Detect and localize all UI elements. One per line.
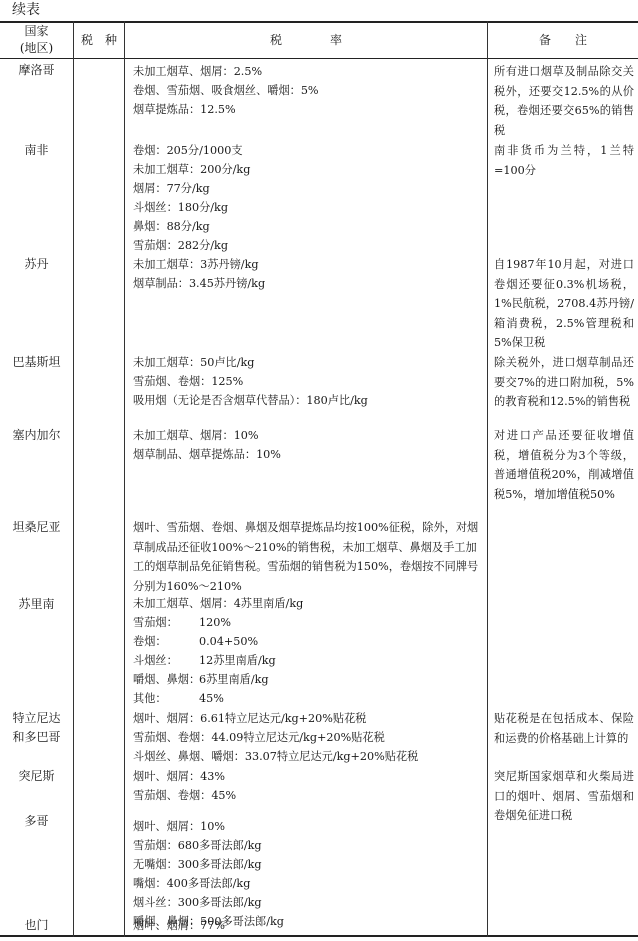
rate-line: 鼻烟：88分/kg (133, 217, 485, 236)
row-rates-suriname: 未加工烟草、烟屑：4苏里南盾/kg 雪茄烟：120% 卷烟：0.04+50% 斗… (133, 594, 485, 708)
rate-line: 嘴烟：400多哥法郎/kg (133, 874, 485, 893)
rate-line: 未加工烟草：3苏丹镑/kg (133, 255, 485, 274)
row-rates-yemen: 烟叶、烟屑：77% (133, 916, 485, 935)
rate-line-tabular: 雪茄烟：120% (133, 613, 485, 632)
rate-line: 烟斗丝：300多哥法郎/kg (133, 893, 485, 912)
row-country-togo: 多哥 (0, 812, 73, 831)
row-country-morocco: 摩洛哥 (0, 61, 73, 80)
row-rates-south-africa: 卷烟：205分/1000支 未加工烟草：200分/kg 烟屑：77分/kg 斗烟… (133, 141, 485, 255)
rate-line: 烟屑：77分/kg (133, 179, 485, 198)
rate-line: 卷烟：205分/1000支 (133, 141, 485, 160)
rate-line: 烟叶、烟屑：6.61特立尼达元/kg+20%贴花税 (133, 709, 485, 728)
row-rates-senegal: 未加工烟草、烟屑：10% 烟草制品、烟草提炼品：10% (133, 426, 485, 464)
country-line: 和多巴哥 (0, 728, 73, 747)
tobacco-tax-table: 国家 (地区) 税 种 税 率 备 注 摩洛哥 未加工烟草、烟屑：2.5% 卷烟… (0, 21, 638, 937)
row-remark-tunisia: 突尼斯国家烟草和火柴局进口的烟叶、烟屑、雪茄烟和卷烟免征进口税 (494, 767, 634, 826)
row-rates-togo: 烟叶、烟屑：10% 雪茄烟：680多哥法郎/kg 无嘴烟：300多哥法郎/kg … (133, 817, 485, 931)
row-country-sudan: 苏丹 (0, 255, 73, 274)
rate-line: 烟草制品：3.45苏丹镑/kg (133, 274, 485, 293)
header-country-line1: 国家 (0, 23, 73, 40)
rate-line: 烟草提炼品：12.5% (133, 100, 485, 119)
rate-line-tabular: 斗烟丝：12苏里南盾/kg (133, 651, 485, 670)
rate-line: 雪茄烟、卷烟：45% (133, 786, 485, 805)
rate-line: 未加工烟草、烟屑：2.5% (133, 62, 485, 81)
rate-line: 未加工烟草、烟屑：4苏里南盾/kg (133, 594, 485, 613)
row-remark-south-africa: 南非货币为兰特，1兰特=100分 (494, 141, 634, 180)
rate-line-tabular: 嚼烟、鼻烟：6苏里南盾/kg (133, 670, 485, 689)
header-rate: 税 率 (125, 32, 487, 49)
table-top-rule (0, 21, 638, 23)
row-country-senegal: 塞内加尔 (0, 426, 73, 445)
row-country-trinidad-tobago: 特立尼达 和多巴哥 (0, 709, 73, 747)
row-remark-senegal: 对进口产品还要征收增值税，增值税分为3个等级，普通增值税20%，削减增值税5%，… (494, 426, 634, 504)
row-rates-morocco: 未加工烟草、烟屑：2.5% 卷烟、雪茄烟、吸食烟丝、嚼烟：5% 烟草提炼品：12… (133, 62, 485, 119)
row-country-yemen: 也门 (0, 916, 73, 935)
rate-line: 吸用烟（无论是否含烟草代替品）：180卢比/kg (133, 391, 485, 410)
header-country: 国家 (地区) (0, 23, 73, 57)
column-divider-3 (487, 21, 488, 937)
header-bottom-rule (0, 58, 638, 59)
rate-line: 雪茄烟：680多哥法郎/kg (133, 836, 485, 855)
row-country-south-africa: 南非 (0, 141, 73, 160)
rate-line: 未加工烟草、烟屑：10% (133, 426, 485, 445)
rate-line: 斗烟丝：180分/kg (133, 198, 485, 217)
rate-line: 未加工烟草：200分/kg (133, 160, 485, 179)
row-country-tunisia: 突尼斯 (0, 767, 73, 786)
row-rates-tanzania: 烟叶、雪茄烟、卷烟、鼻烟及烟草提炼品均按100%征税，除外，对烟草制成品还征收1… (133, 518, 485, 596)
row-remark-pakistan: 除关税外，进口烟草制品还要交7%的进口附加税，5%的教育税和12.5%的销售税 (494, 353, 634, 412)
rate-line: 无嘴烟：300多哥法郎/kg (133, 855, 485, 874)
rate-line: 未加工烟草：50卢比/kg (133, 353, 485, 372)
header-remark: 备 注 (488, 32, 638, 49)
row-rates-tunisia: 烟叶、烟屑：43% 雪茄烟、卷烟：45% (133, 767, 485, 805)
table-caption: 续表 (12, 0, 40, 20)
row-remark-morocco: 所有进口烟草及制品除交关税外，还要交12.5%的从价税，卷烟还要交65%的销售税 (494, 62, 634, 140)
column-divider-1 (73, 21, 74, 937)
rate-line: 烟草制品、烟草提炼品：10% (133, 445, 485, 464)
header-tax-type: 税 种 (74, 32, 124, 49)
rate-line: 雪茄烟、卷烟：44.09特立尼达元/kg+20%贴花税 (133, 728, 485, 747)
rate-line: 烟叶、烟屑：77% (133, 916, 485, 935)
rate-line-tabular: 卷烟：0.04+50% (133, 632, 485, 651)
rate-line-tabular: 其他：45% (133, 689, 485, 708)
row-rates-sudan: 未加工烟草：3苏丹镑/kg 烟草制品：3.45苏丹镑/kg (133, 255, 485, 293)
row-rates-trinidad-tobago: 烟叶、烟屑：6.61特立尼达元/kg+20%贴花税 雪茄烟、卷烟：44.09特立… (133, 709, 485, 766)
table-bottom-rule (0, 935, 638, 937)
rate-line: 雪茄烟、卷烟：125% (133, 372, 485, 391)
row-remark-sudan: 自1987年10月起，对进口卷烟还要征0.3%机场税，1%民航税，2708.4苏… (494, 255, 634, 353)
row-country-suriname: 苏里南 (0, 595, 73, 614)
rate-line: 卷烟、雪茄烟、吸食烟丝、嚼烟：5% (133, 81, 485, 100)
row-remark-trinidad-tobago: 贴花税是在包括成本、保险和运费的价格基础上计算的 (494, 709, 634, 748)
row-country-pakistan: 巴基斯坦 (0, 353, 73, 372)
row-rates-pakistan: 未加工烟草：50卢比/kg 雪茄烟、卷烟：125% 吸用烟（无论是否含烟草代替品… (133, 353, 485, 410)
rate-line: 烟叶、烟屑：10% (133, 817, 485, 836)
column-divider-2 (124, 21, 125, 937)
country-line: 特立尼达 (0, 709, 73, 728)
rate-line: 烟叶、烟屑：43% (133, 767, 485, 786)
rate-line: 斗烟丝、鼻烟、嚼烟：33.07特立尼达元/kg+20%贴花税 (133, 747, 485, 766)
row-country-tanzania: 坦桑尼亚 (0, 518, 73, 537)
rate-line: 雪茄烟：282分/kg (133, 236, 485, 255)
header-country-line2: (地区) (0, 40, 73, 57)
